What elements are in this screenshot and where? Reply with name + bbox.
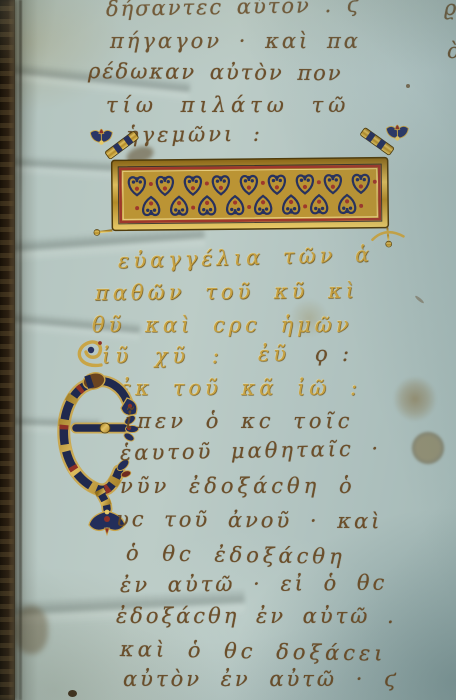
- initial-midarm-ball: [100, 423, 110, 433]
- band-foot-rule-left: [99, 230, 112, 232]
- speck: [406, 84, 410, 88]
- edge-fragment: ϱ: [444, 0, 456, 21]
- initial-strokes: [64, 381, 127, 509]
- body-line: υϲ τοῦ ἀνοῦ · καὶ: [116, 506, 383, 534]
- text-line: ρέδωκαν αὐτὸν πον: [88, 58, 343, 86]
- body-line: ἑαυτοῦ μαθηταῖϲ ·: [120, 435, 382, 466]
- text-line: τίω πιλάτω τῶ: [106, 92, 350, 118]
- band-foot-rule-right: [387, 228, 388, 241]
- manuscript-page: δήσαντεϲ αὐτὸν . ϛ πήγαγον · καὶ πα ρέδω…: [0, 0, 456, 700]
- body-line: ὁ θϲ ἐδοξάϲθη: [126, 540, 346, 570]
- rubric-line: ἐκ τοῦ κᾶ ἰῶ :: [120, 375, 361, 401]
- body-line: καὶ ὁ θϲ δοξάϲει: [120, 636, 387, 667]
- finial-left: [90, 129, 139, 160]
- edge-fragment: ὸ: [447, 38, 456, 64]
- speck: [68, 690, 77, 697]
- headpiece-frame: [90, 125, 409, 250]
- title-line: εὐαγγέλια τῶν ἁ: [118, 241, 374, 274]
- gutter-fold-shadow: [14, 0, 38, 700]
- text-line: πήγαγον · καὶ πα: [110, 28, 361, 54]
- body-line: αὐτὸν ἐν αὐτῶ · ϛ: [123, 666, 399, 692]
- finial-right: [360, 125, 409, 156]
- title-line: παθῶν τοῦ κῦ κὶ: [95, 278, 358, 306]
- headpiece-band: [85, 128, 415, 248]
- ink-stain: [406, 426, 450, 470]
- gutter-fold-crease: [19, 0, 22, 700]
- gold-curl-icon: [70, 336, 110, 372]
- body-line: νῦν ἐδοξάϲθη ὁ: [120, 473, 356, 499]
- band-foot-ball-left: [94, 229, 100, 235]
- body-line: ἐν αὐτῶ · εἰ ὁ θϲ: [120, 570, 388, 598]
- title-line: θῦ καὶ ϲρϲ ἡμῶν: [92, 312, 353, 338]
- binding-gutter: [0, 0, 15, 700]
- note-brown-part: ϙ :: [315, 341, 353, 367]
- title-line: ἰῦ χῦ :: [102, 343, 224, 369]
- text-line: δήσαντεϲ αὐτὸν . ϛ: [106, 0, 361, 22]
- body-line: ἶπεν ὁ κϲ τοῖϲ: [125, 408, 354, 434]
- band-foot-ball-right: [386, 241, 392, 247]
- speck: [414, 295, 424, 304]
- note-gold-part: ἐῦ: [258, 341, 290, 367]
- body-line: ἐδοξάϲθη ἐν αὐτῶ .: [116, 603, 397, 629]
- ink-stain: [393, 376, 437, 422]
- marginal-lection-note: ἐῦ ϙ :: [258, 341, 353, 367]
